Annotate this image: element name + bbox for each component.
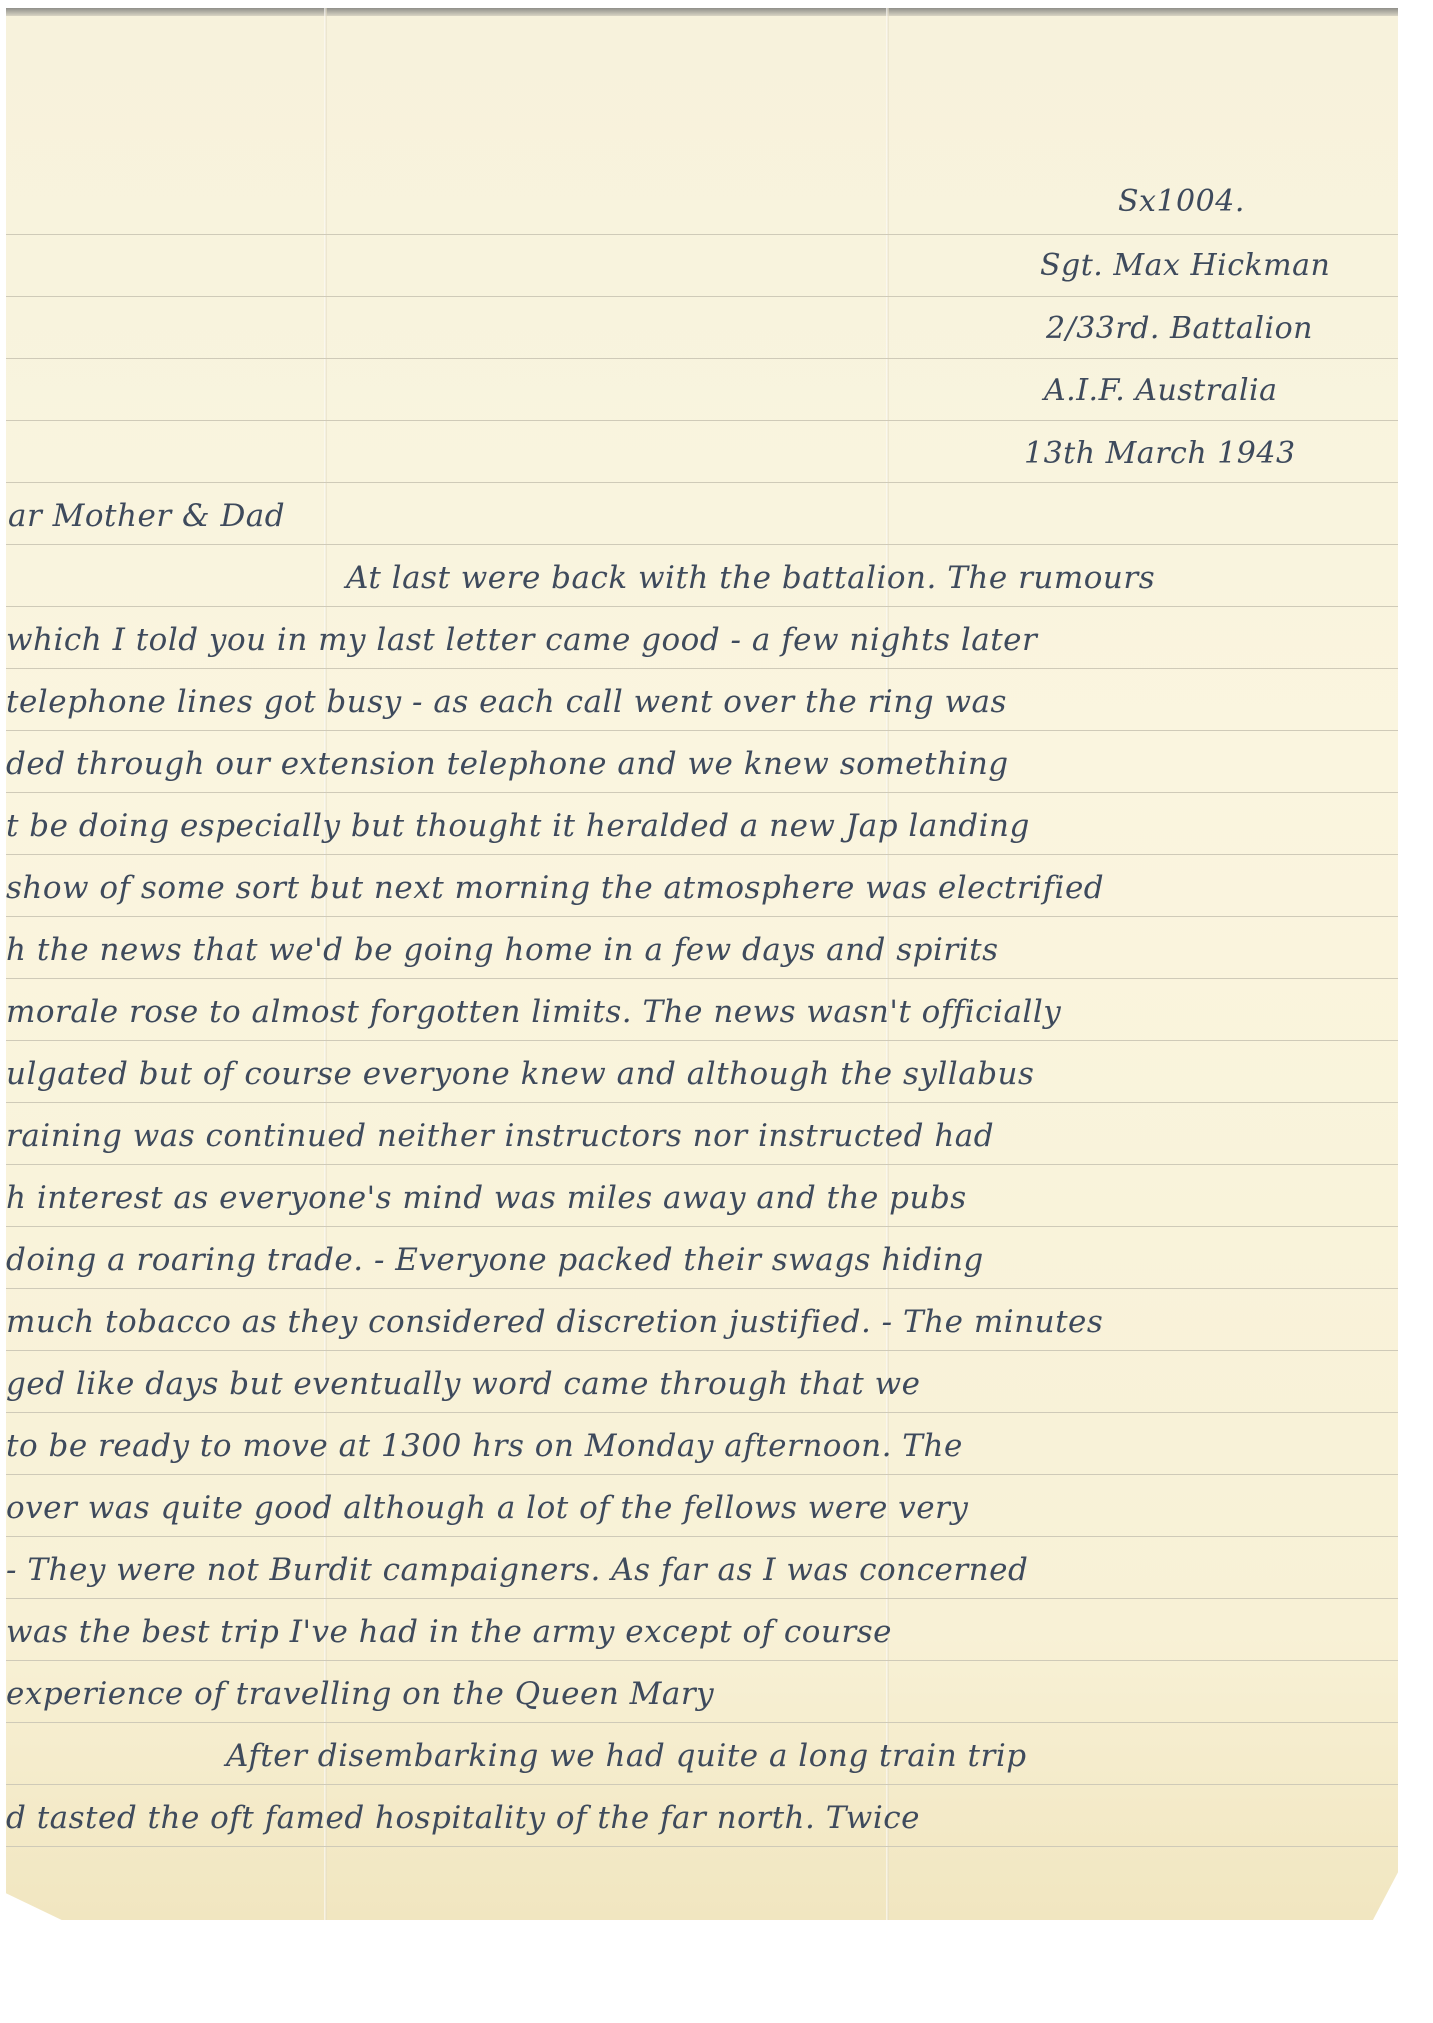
letter-line: raining was continued neither instructor…: [6, 1118, 994, 1154]
letter-line: d tasted the oft famed hospitality of th…: [6, 1800, 920, 1836]
ruled-line: [6, 1474, 1398, 1475]
ruled-line: [6, 296, 1398, 297]
letter-line: much tobacco as they considered discreti…: [6, 1304, 1103, 1340]
letter-line: telephone lines got busy - as each call …: [6, 684, 1007, 720]
ruled-line: [6, 1040, 1398, 1041]
ruled-line: [6, 1722, 1398, 1723]
letter-line: doing a roaring trade. - Everyone packed…: [6, 1242, 984, 1278]
ruled-line: [6, 916, 1398, 917]
ruled-line: [6, 854, 1398, 855]
letter-page: Sx1004. Sgt. Max Hickman 2/33rd. Battali…: [6, 8, 1398, 1920]
ruled-line: [6, 1412, 1398, 1413]
letter-line: After disembarking we had quite a long t…: [226, 1738, 1027, 1774]
letter-line: experience of travelling on the Queen Ma…: [6, 1676, 714, 1712]
letter-line: ged like days but eventually word came t…: [6, 1366, 920, 1402]
letter-line: to be ready to move at 1300 hrs on Monda…: [6, 1428, 963, 1464]
letter-line: morale rose to almost forgotten limits. …: [6, 994, 1061, 1030]
letter-line: At last were back with the battalion. Th…: [346, 560, 1155, 596]
ruled-line: [6, 1846, 1398, 1847]
ruled-line: [6, 1536, 1398, 1537]
ruled-line: [6, 1660, 1398, 1661]
ruled-line: [6, 544, 1398, 545]
ruled-line: [6, 730, 1398, 731]
ruled-line: [6, 792, 1398, 793]
ruled-line: [6, 1784, 1398, 1785]
letter-line: - They were not Burdit campaigners. As f…: [6, 1552, 1028, 1588]
ruled-line: [6, 1102, 1398, 1103]
sender-name: Sgt. Max Hickman: [1040, 248, 1330, 283]
ruled-line: [6, 1164, 1398, 1165]
salutation: ar Mother & Dad: [8, 498, 285, 534]
letter-date: 13th March 1943: [1024, 436, 1296, 471]
ruled-line: [6, 978, 1398, 979]
ruled-line: [6, 234, 1398, 235]
ruled-line: [6, 1226, 1398, 1227]
letter-line: t be doing especially but thought it her…: [6, 808, 1030, 844]
ruled-line: [6, 358, 1398, 359]
letter-line: ded through our extension telephone and …: [6, 746, 1009, 782]
letter-line: show of some sort but next morning the a…: [6, 870, 1104, 906]
letter-line: h interest as everyone's mind was miles …: [6, 1180, 967, 1216]
ruled-line: [6, 1288, 1398, 1289]
ruled-line: [6, 1350, 1398, 1351]
ruled-line: [6, 606, 1398, 607]
sender-unit: 2/33rd. Battalion: [1046, 311, 1313, 346]
letter-line: ulgated but of course everyone knew and …: [6, 1056, 1034, 1092]
sender-force: A.I.F. Australia: [1044, 373, 1278, 408]
letter-line: which I told you in my last letter came …: [6, 622, 1037, 658]
letter-line: over was quite good although a lot of th…: [6, 1490, 968, 1526]
ruled-line: [6, 420, 1398, 421]
ruled-line: [6, 482, 1398, 483]
ruled-line: [6, 1598, 1398, 1599]
letter-line: was the best trip I've had in the army e…: [6, 1614, 892, 1650]
letter-line: h the news that we'd be going home in a …: [6, 932, 999, 968]
service-number: Sx1004.: [1118, 184, 1245, 219]
ruled-line: [6, 668, 1398, 669]
